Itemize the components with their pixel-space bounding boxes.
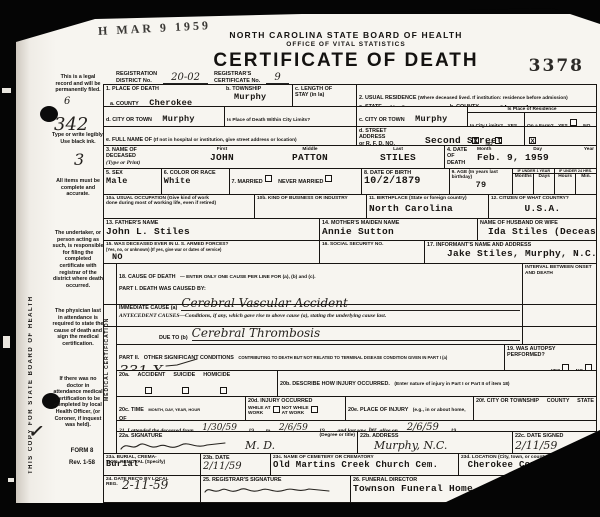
place-county-label: a. COUNTY [110,101,139,106]
cause-of-death-section: 18. CAUSE OF DEATH — ENTER ONLY ONE CAUS… [117,264,596,344]
residence-city-value: Murphy [415,114,447,124]
cemetery-value: Old Martins Creek Church Cem. [273,460,456,470]
place-city-label: d. CITY OR TOWN [106,117,152,123]
accident-label: ACCIDENT [138,372,166,378]
place-title: 1. PLACE OF DEATH [106,86,222,92]
occupation-section: 10a. USUAL OCCUPATION (Give kind of work… [104,195,254,218]
months-label: Months [513,174,533,194]
cause-header-instruction: — ENTER ONLY ONE CAUSE PER LINE FOR (a),… [180,275,316,280]
margin-note-legal: This is a legal record and will be perma… [52,74,104,94]
margin-note-doctor: If there was no doctor in attendance med… [52,376,104,429]
registrar-signature [203,483,333,496]
usual-residence-section: 2. USUAL RESIDENCE (Where deceased lived… [356,85,596,145]
race-section: 6. COLOR OR RACE White [161,169,229,194]
part2-check-stroke [165,358,199,368]
ssn-section: 16. SOCIAL SECURITY NO. [319,241,424,263]
checkbox-married [265,175,272,182]
informant-value: Jake Stiles, Murphy, N.C. [447,248,594,259]
name-of-deceased-section: 3. NAME OFDECEASED (Type or Print) First… [104,146,444,168]
date-of-death-label: 4. DATEOFDEATH [447,147,477,166]
registrar-certificate-label: REGISTRAR'SCERTIFICATE No. [214,71,260,84]
informant-section: 17. INFORMANT'S NAME AND ADDRESS Jake St… [424,241,596,263]
attended-statement-section: 21. I attended the deceased from 1/30/59… [117,420,596,431]
injury-city-label: 20f. CITY OR TOWNSHIP [476,398,539,404]
antecedent-causes-label: ANTECEDENT CAUSES—Conditions, if any, wh… [119,313,520,319]
industry-label: 10b. KIND OF BUSINESS OR INDUSTRY [257,196,364,201]
not-while-at-work-label: NOT WHILEAT WORK [282,406,309,416]
part1-label: PART I. DEATH WAS CAUSED BY: [119,286,520,292]
residence-state-value: N.C. [390,104,450,106]
interval-label: INTERVAL BETWEEN ONSET AND DEATH [523,264,596,278]
type-or-print-label: (Type or Print) [106,160,178,166]
street-address-label: d. STREETADDRESSor R. F. D. NO. [359,128,395,145]
injury-occurred-label: 20d. INJURY OCCURRED [248,398,343,404]
margin-note-undertaker: The undertaker, or person acting as such… [52,230,104,289]
time-of-injury-label: 20c. TIME [119,407,144,413]
certificate-title: CERTIFICATE OF DEATH [166,50,526,72]
ssn-label: 16. SOCIAL SECURITY NO. [322,242,422,247]
armed-forces-value: NO [112,252,317,262]
part2-label: PART II. [119,355,139,361]
margin-scribble-3: 3 [74,150,84,169]
injury-occurred-section: 20d. INJURY OCCURRED WHILE ATWORK NOT WH… [245,397,345,420]
injury-details-section: 20c. TIME MONTH, DAY, YEAR, HOUR OF INJU… [117,396,596,420]
place-of-death-section: 1. PLACE OF DEATH a. COUNTY Cherokee b. … [104,85,356,145]
place-county-value: Cherokee [149,98,192,106]
citizen-section: 12. CITIZEN OF WHAT COUNTRY? U.S.A. [488,195,596,218]
while-at-work-label: WHILE ATWORK [248,406,271,416]
describe-injury-paren: (Enter nature of injury in Part I or Par… [394,382,509,387]
age-value: 79 [452,180,511,190]
header-block: NORTH CAROLINA STATE BOARD OF HEALTH OFF… [166,30,526,72]
place-township-value: Murphy [234,92,290,102]
certificate-serial-number: 3378 [529,56,584,76]
married-label: 7. MARRIED [232,179,263,185]
attended-pre-text: 21. I attended the deceased from [119,428,194,431]
registrar-signature-section: 25. REGISTRAR'S SIGNATURE [200,476,350,502]
hospital-name-label: e. FULL NAME OF (If not in hospital or i… [106,137,297,143]
margin-scribble-6: 6 [64,96,70,107]
part2-fine-print: CONTRIBUTING TO DEATH BUT NOT RELATED TO… [238,355,447,360]
burial-section: 23a. BURIAL, CREMA-TION, REMOVAL (Specif… [104,454,200,475]
scan-artifact [8,478,14,482]
attended-to-value: 2/6/59 [270,423,316,431]
under-24-hours-section: IF UNDER 24 HRS. Hours Min. [554,169,596,194]
place-city-value: Murphy [162,114,194,124]
registration-district-value: 20-02 [163,72,208,84]
mother-section: 14. MOTHER'S MAIDEN NAME Annie Sutton [319,219,477,240]
part2-section: PART II. OTHER SIGNIFICANT CONDITIONS CO… [117,344,596,370]
mother-value: Annie Sutton [322,226,475,237]
time-of-injury-sublabel: MONTH, DAY, YEAR, HOUR [148,407,200,412]
checkbox-while-at-work [273,406,280,413]
birthplace-value: North Carolina [369,203,486,214]
burial-date-value: 2/11/59 [203,461,268,472]
margin-note-items: All items must be complete and accurate. [52,178,104,198]
date-of-death-section: 4. DATEOFDEATH Month Day Year Feb. 9, 19… [444,146,596,168]
board-title: NORTH CAROLINA STATE BOARD OF HEALTH [166,30,526,40]
days-label: Days [533,174,554,194]
occupation-label: 10a. USUAL OCCUPATION (Give kind of work… [106,196,252,206]
cemetery-section: 23c. NAME OF CEMETERY OR CREMATORY Old M… [270,454,458,475]
registrar-certificate-value: 9 [266,72,288,84]
no-label: NO [576,369,583,370]
checkbox-suicide [182,387,189,394]
father-section: 13. FATHER'S NAME John L. Stiles [104,219,319,240]
injury-county-label: COUNTY [547,398,570,404]
residence-title: 2. USUAL RESIDENCE (Where deceased lived… [359,95,568,101]
checkbox-autopsy-yes [562,364,569,370]
accident-number-label: 20a. [119,372,130,378]
date-received-value: 2-11-59 [122,478,198,492]
homicide-label: HOMICIDE [203,372,230,378]
form-revision: Rev. 1-58 [60,460,104,466]
certificate-form-table: 1. PLACE OF DEATH a. COUNTY Cherokee b. … [103,84,597,503]
under-one-year-label: IF UNDER 1 YEAR [513,169,554,173]
checkbox-not-while-at-work [311,406,318,413]
street-address-value: Second Street [425,135,503,145]
registration-line: REGISTRATIONDISTRICT No. 20-02 REGISTRAR… [116,71,416,84]
margin-checkmark: ✓ [28,422,42,442]
alive-on-label: alive on [380,428,398,431]
place-of-injury-section: 20e. PLACE OF INJURY (e.g., in or about … [345,397,473,420]
father-value: John L. Stiles [106,226,317,237]
spouse-value: Ida Stiles (Deceased) [488,226,594,237]
date-of-birth-section: 8. DATE OF BIRTH 10/2/1879 [361,169,449,194]
age-label: 9. AGE (In years lastbirthday) [452,170,511,180]
margin-note-physician: The physician last in attendance is requ… [52,308,104,348]
year-blank-c: , 19 [448,428,456,431]
attended-from-value: 1/30/59 [194,423,246,431]
last-saw-label: , and last saw [335,428,366,431]
sex-section: 5. SEX Male [104,169,161,194]
autopsy-label: 19. WAS AUTOPSYPERFORMED? [507,346,594,359]
race-value: White [164,176,227,186]
hours-label: Hours [555,174,575,194]
checkbox-autopsy-no [585,364,592,370]
her-label: her [369,427,377,431]
age-section: 9. AGE (In years lastbirthday) 79 [449,169,513,194]
scan-black-bottom-edge [0,503,600,517]
birthplace-label: 11. BIRTHPLACE (State or foreign country… [369,196,486,201]
due-to-b-label: DUE TO (b) [159,335,188,341]
under-24-hours-label: IF UNDER 24 HRS. [555,169,596,173]
armed-forces-section: 15. WAS DECEASED EVER IN U. S. ARMED FOR… [104,241,319,263]
residence-county-value: Cherokee [499,104,542,106]
death-city-limits-label: Is Place of Death Within City Limits? [227,118,310,123]
scan-artifact [3,336,10,348]
accident-section: 20a. ACCIDENT SUICIDE HOMICIDE 20b. DESC [117,370,596,396]
checkbox-accident [145,387,152,394]
registration-district-label: REGISTRATIONDISTRICT No. [116,71,157,84]
scan-black-left-edge [0,0,16,517]
sex-value: Male [106,176,159,186]
name-title: 3. NAME OFDECEASED [106,147,178,160]
residence-state-label: a. STATE [359,104,382,106]
suicide-label: SUICIDE [173,372,195,378]
citizen-value: U.S.A. [491,203,594,214]
checkbox-homicide [220,387,227,394]
marital-section: 7. MARRIED NEVER MARRIED WIDOWEDX DIVORC… [229,169,361,194]
place-of-injury-label: 20e. PLACE OF INJURY [348,407,408,413]
never-married-label: NEVER MARRIED [278,179,323,185]
margin-note-type: Type or write legibly. Use black ink. [52,132,104,145]
describe-injury-section: 20b. DESCRIBE HOW INJURY OCCURRED. (Ente… [277,371,596,396]
yes-label: YES [551,369,561,370]
length-of-stay-label: c. LENGTH OFSTAY (in la) [295,86,354,99]
autopsy-section: 19. WAS AUTOPSYPERFORMED? YES NO [504,345,596,370]
year-blank-a: , 19 [246,428,254,431]
physician-signature-section: 22a. SIGNATURE (Degree or title) M. D. 2… [117,431,596,453]
year-blank-b: , 19 [316,428,324,431]
office-subtitle: OFFICE OF VITAL STATISTICS [166,41,526,48]
degree-or-title-label: (Degree or title) [320,433,355,439]
residence-county-label: b. COUNTY [450,104,479,106]
certificate-paper: H MAR 9 1959 NORTH CAROLINA STATE BOARD … [16,14,600,504]
last-seen-value: 2/6/59 [398,422,448,431]
checkbox-never-married [325,175,332,182]
injury-location-section: 20f. CITY OR TOWNSHIP COUNTY STATE [473,397,596,420]
industry-section: 10b. KIND OF BUSINESS OR INDUSTRY [254,195,366,218]
first-name-value: JOHN [178,152,266,163]
date-of-birth-value: 10/2/1879 [364,176,447,187]
cause-header: 18. CAUSE OF DEATH [119,274,176,280]
minutes-label: Min. [575,174,596,194]
last-name-value: STILES [354,152,442,163]
due-to-b-value: Cerebral Thrombosis [192,326,520,341]
under-one-year-section: IF UNDER 1 YEAR Months Days [512,169,554,194]
middle-name-value: PATTON [266,152,354,163]
year-label: Year [584,147,594,152]
spouse-section: NAME OF HUSBAND OR WIFE Ida Stiles (Dece… [477,219,596,240]
residence-city-label: c. CITY OR TOWN [359,117,405,123]
citizen-label: 12. CITIZEN OF WHAT COUNTRY? [491,196,594,201]
injury-state-label: STATE [577,398,594,404]
physician-signature [119,439,229,452]
form-number: FORM 8 [60,448,104,454]
date-of-death-value: Feb. 9, 1959 [477,152,594,163]
date-received-section: 24. DATE REC'D BY LOCALREG. 2-11-59 [104,476,200,502]
birthplace-section: 11. BIRTHPLACE (State or foreign country… [366,195,488,218]
burial-date-section: 23b. DATE 2/11/59 [200,454,270,475]
medical-certification-vertical-label: MEDICAL CERTIFICATION [104,264,117,453]
degree-value: M. D. [245,439,275,452]
physician-address-value: Murphy, N.C. [374,439,510,452]
scan-artifact [2,88,11,93]
describe-injury-label: 20b. DESCRIBE HOW INJURY OCCURRED. [280,381,390,387]
interval-onset-death-cell: INTERVAL BETWEEN ONSET AND DEATH [522,264,596,344]
immediate-cause-label: IMMEDIATE CAUSE (a) [119,305,177,311]
